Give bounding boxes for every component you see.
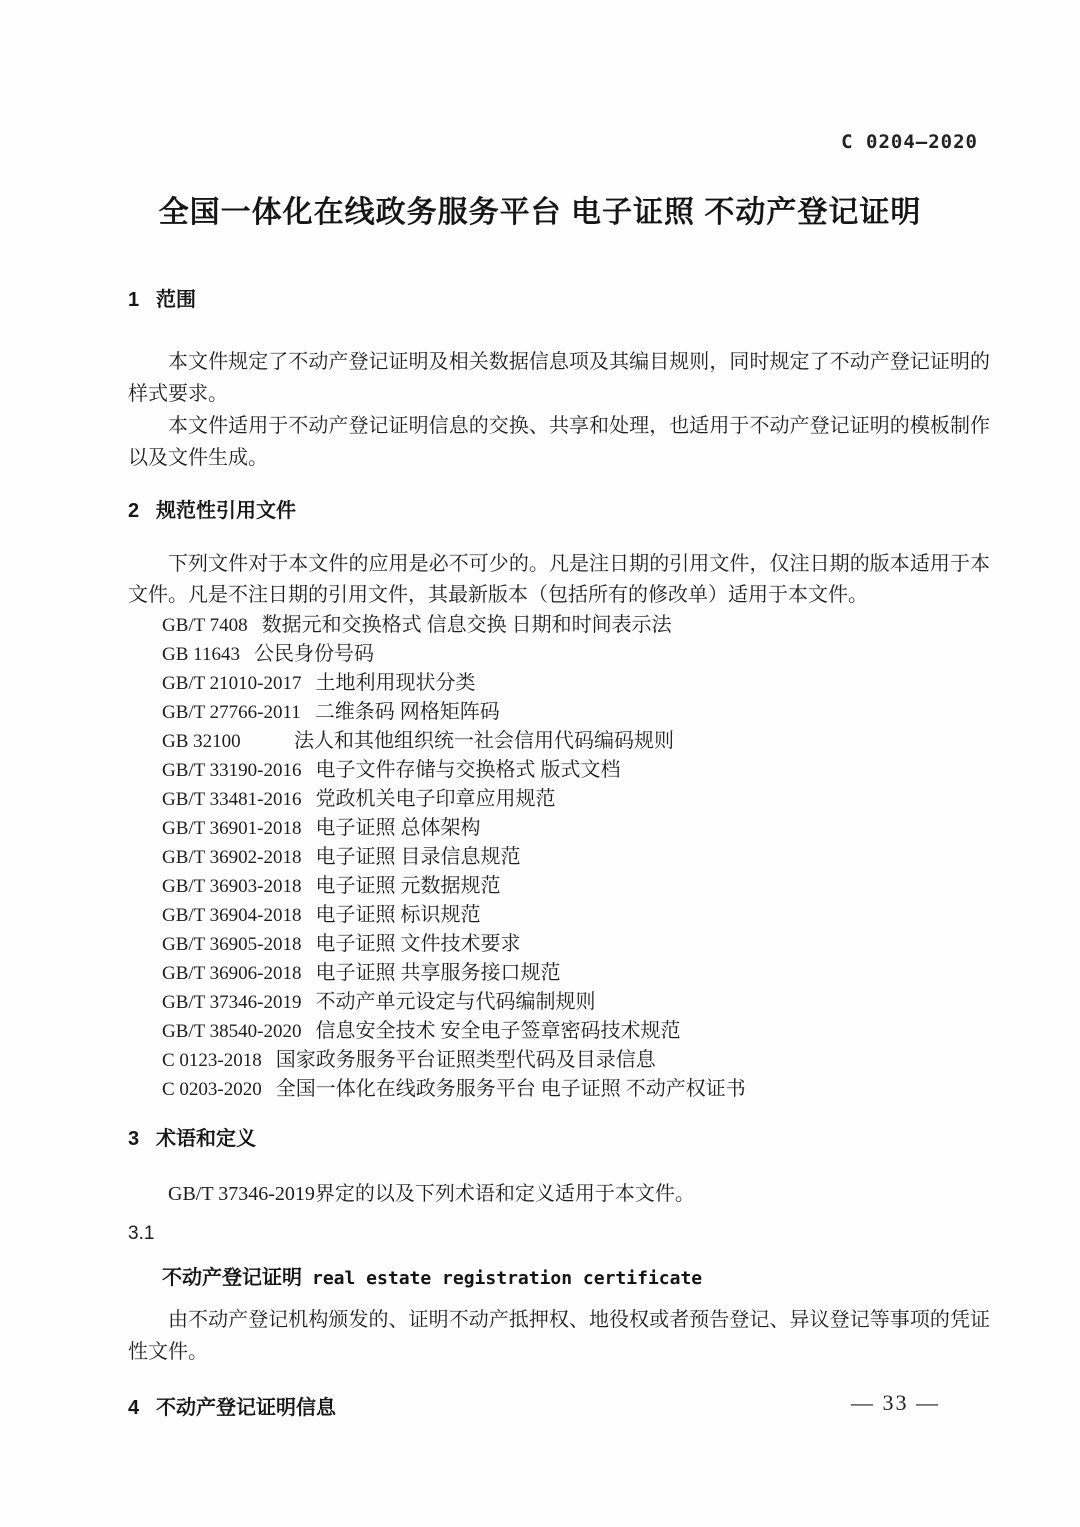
reference-title: 电子证照 共享服务接口规范 <box>316 962 561 984</box>
section-2-heading: 2规范性引用文件 <box>128 494 990 523</box>
reference-item: GB/T 36901-2018电子证照 总体架构 <box>162 814 990 843</box>
term-definition: 由不动产登记机构颁发的、证明不动产抵押权、地役权或者预告登记、异议登记等事项的凭… <box>128 1304 990 1368</box>
reference-title: 电子证照 总体架构 <box>316 817 481 839</box>
term-name-zh: 不动产登记证明 <box>162 1267 302 1289</box>
document-title: 全国一体化在线政务服务平台 电子证照 不动产登记证明 <box>0 187 1080 231</box>
reference-title: 电子证照 目录信息规范 <box>316 846 521 868</box>
reference-code: GB 11643 <box>162 640 240 669</box>
section-4-number: 4 <box>128 1397 156 1420</box>
reference-title: 二维条码 网格矩阵码 <box>315 701 500 723</box>
reference-code: C 0203-2020 <box>162 1075 262 1104</box>
reference-code: GB/T 36905-2018 <box>162 930 302 959</box>
reference-code: GB 32100 <box>162 727 280 756</box>
document-page: C 0204—2020 全国一体化在线政务服务平台 电子证照 不动产登记证明 1… <box>0 0 1080 1527</box>
paragraph: 本文件规定了不动产登记证明及相关数据信息项及其编目规则，同时规定了不动产登记证明… <box>128 346 990 410</box>
term-name-en: real estate registration certificate <box>312 1268 702 1289</box>
section-1-title: 范围 <box>156 289 196 311</box>
section-2-intro: 下列文件对于本文件的应用是必不可少的。凡是注日期的引用文件，仅注日期的版本适用于… <box>128 549 990 611</box>
reference-title: 电子文件存储与交换格式 版式文档 <box>316 759 621 781</box>
reference-title: 电子证照 标识规范 <box>316 904 481 926</box>
reference-item: GB/T 37346-2019不动产单元设定与代码编制规则 <box>162 988 990 1017</box>
section-1-heading: 1范围 <box>128 283 990 312</box>
reference-code: GB/T 36904-2018 <box>162 901 302 930</box>
reference-item: C 0123-2018国家政务服务平台证照类型代码及目录信息 <box>162 1046 990 1075</box>
document-code: C 0204—2020 <box>0 0 1080 153</box>
reference-item: GB/T 33190-2016电子文件存储与交换格式 版式文档 <box>162 756 990 785</box>
reference-title: 数据元和交换格式 信息交换 日期和时间表示法 <box>262 614 672 636</box>
section-3-number: 3 <box>128 1128 156 1151</box>
reference-code: GB/T 21010-2017 <box>162 669 302 698</box>
reference-item: GB/T 7408数据元和交换格式 信息交换 日期和时间表示法 <box>162 611 990 640</box>
reference-code: GB/T 36906-2018 <box>162 959 302 988</box>
reference-item: GB/T 33481-2016党政机关电子印章应用规范 <box>162 785 990 814</box>
reference-code: GB/T 27766-2011 <box>162 698 301 727</box>
reference-item: GB/T 38540-2020信息安全技术 安全电子签章密码技术规范 <box>162 1017 990 1046</box>
reference-code: C 0123-2018 <box>162 1046 262 1075</box>
paragraph: 本文件适用于不动产登记证明信息的交换、共享和处理，也适用于不动产登记证明的模板制… <box>128 410 990 474</box>
section-3-title: 术语和定义 <box>156 1128 256 1150</box>
reference-code: GB/T 36901-2018 <box>162 814 302 843</box>
reference-item: GB/T 21010-2017土地利用现状分类 <box>162 669 990 698</box>
section-3-intro: GB/T 37346-2019界定的以及下列术语和定义适用于本文件。 <box>128 1178 990 1210</box>
reference-code: GB/T 7408 <box>162 611 248 640</box>
term-line: 不动产登记证明real estate registration certific… <box>128 1261 990 1290</box>
reference-title: 电子证照 元数据规范 <box>316 875 501 897</box>
reference-title: 土地利用现状分类 <box>316 672 476 694</box>
page-number: — 33 — <box>851 1390 940 1416</box>
reference-title: 国家政务服务平台证照类型代码及目录信息 <box>276 1049 656 1071</box>
section-3-heading: 3术语和定义 <box>128 1122 990 1151</box>
reference-title: 信息安全技术 安全电子签章密码技术规范 <box>316 1020 681 1042</box>
document-content: 1范围 本文件规定了不动产登记证明及相关数据信息项及其编目规则，同时规定了不动产… <box>0 283 1080 1420</box>
reference-list: GB/T 7408数据元和交换格式 信息交换 日期和时间表示法 GB 11643… <box>128 611 990 1104</box>
section-1-number: 1 <box>128 289 156 312</box>
section-1-body: 本文件规定了不动产登记证明及相关数据信息项及其编目规则，同时规定了不动产登记证明… <box>128 346 990 474</box>
reference-item: GB/T 27766-2011二维条码 网格矩阵码 <box>162 698 990 727</box>
reference-item: GB/T 36902-2018电子证照 目录信息规范 <box>162 843 990 872</box>
reference-title: 法人和其他组织统一社会信用代码编码规则 <box>294 730 674 752</box>
reference-title: 不动产单元设定与代码编制规则 <box>316 991 596 1013</box>
reference-code: GB/T 33190-2016 <box>162 756 302 785</box>
reference-item: GB/T 36903-2018电子证照 元数据规范 <box>162 872 990 901</box>
reference-code: GB/T 38540-2020 <box>162 1017 302 1046</box>
reference-title: 全国一体化在线政务服务平台 电子证照 不动产权证书 <box>276 1078 746 1100</box>
reference-code: GB/T 36903-2018 <box>162 872 302 901</box>
reference-item: C 0203-2020全国一体化在线政务服务平台 电子证照 不动产权证书 <box>162 1075 990 1104</box>
reference-item: GB 32100法人和其他组织统一社会信用代码编码规则 <box>162 727 990 756</box>
term-number: 3.1 <box>128 1223 990 1245</box>
reference-code: GB/T 36902-2018 <box>162 843 302 872</box>
reference-code: GB/T 33481-2016 <box>162 785 302 814</box>
section-4-title: 不动产登记证明信息 <box>156 1397 336 1419</box>
reference-item: GB 11643公民身份号码 <box>162 640 990 669</box>
reference-title: 电子证照 文件技术要求 <box>316 933 521 955</box>
reference-item: GB/T 36905-2018电子证照 文件技术要求 <box>162 930 990 959</box>
reference-code: GB/T 37346-2019 <box>162 988 302 1017</box>
reference-item: GB/T 36906-2018电子证照 共享服务接口规范 <box>162 959 990 988</box>
reference-item: GB/T 36904-2018电子证照 标识规范 <box>162 901 990 930</box>
section-2-number: 2 <box>128 500 156 523</box>
reference-title: 党政机关电子印章应用规范 <box>316 788 556 810</box>
section-2-title: 规范性引用文件 <box>156 500 296 522</box>
reference-title: 公民身份号码 <box>254 643 374 665</box>
